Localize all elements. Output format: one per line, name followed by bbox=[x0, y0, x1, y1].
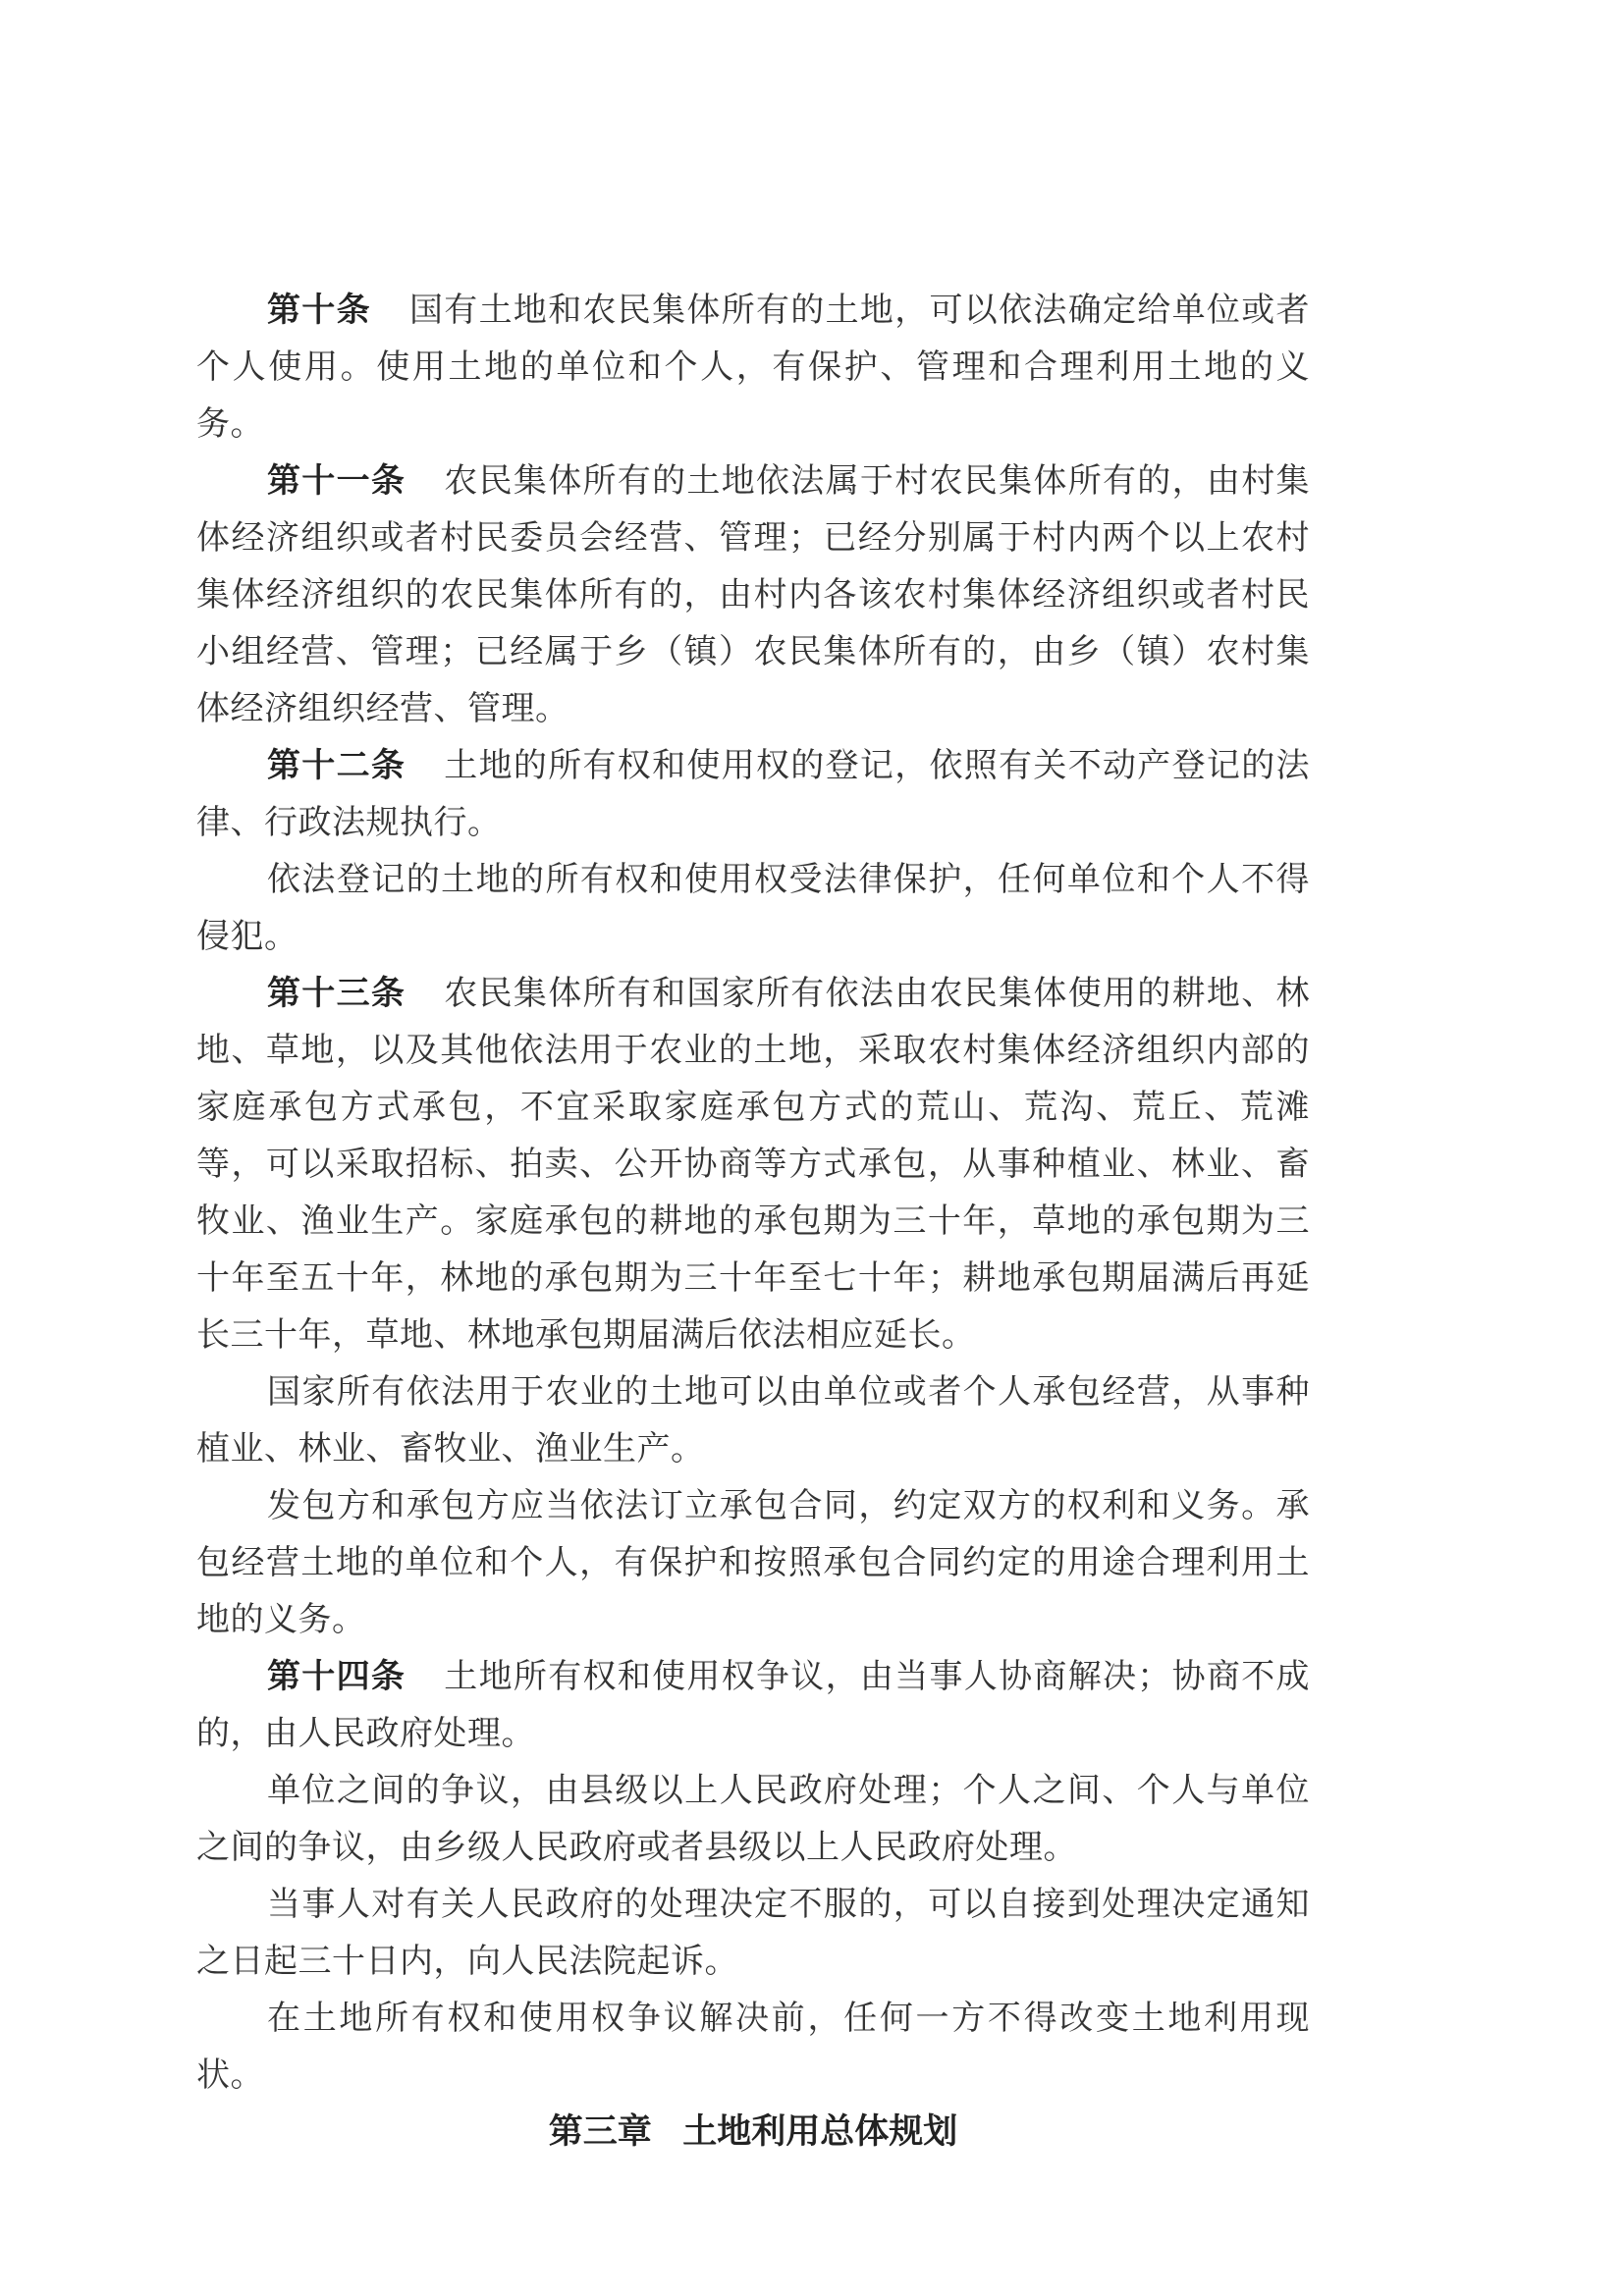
chapter-number: 第三章 bbox=[549, 2112, 652, 2152]
law-paragraph: 第十三条农民集体所有和国家所有依法由农民集体使用的耕地、林地、草地，以及其他依法… bbox=[196, 965, 1310, 1363]
paragraph-text: 当事人对有关人民政府的处理决定不服的，可以自接到处理决定通知之日起三十日内，向人… bbox=[196, 1885, 1310, 1981]
paragraph-text: 依法登记的土地的所有权和使用权受法律保护，任何单位和个人不得侵犯。 bbox=[196, 860, 1310, 956]
law-paragraph: 国家所有依法用于农业的土地可以由单位或者个人承包经营，从事种植业、林业、畜牧业、… bbox=[196, 1363, 1310, 1477]
law-paragraph: 第十二条土地的所有权和使用权的登记，依照有关不动产登记的法律、行政法规执行。 bbox=[196, 737, 1310, 851]
article-number: 第十条 bbox=[267, 291, 371, 330]
law-paragraph: 第十一条农民集体所有的土地依法属于村农民集体所有的，由村集体经济组织或者村民委员… bbox=[196, 453, 1310, 737]
article-number: 第十一条 bbox=[267, 461, 406, 501]
law-paragraph: 在土地所有权和使用权争议解决前，任何一方不得改变土地利用现状。 bbox=[196, 1990, 1310, 2104]
chapter-title: 土地利用总体规划 bbox=[682, 2112, 957, 2152]
paragraph-text: 农民集体所有的土地依法属于村农民集体所有的，由村集体经济组织或者村民委员会经营、… bbox=[196, 461, 1310, 728]
article-number: 第十四条 bbox=[267, 1657, 406, 1696]
law-paragraph: 发包方和承包方应当依法订立承包合同，约定双方的权利和义务。承包经营土地的单位和个… bbox=[196, 1477, 1310, 1648]
law-paragraph: 当事人对有关人民政府的处理决定不服的，可以自接到处理决定通知之日起三十日内，向人… bbox=[196, 1876, 1310, 1990]
paragraph-text: 单位之间的争议，由县级以上人民政府处理；个人之间、个人与单位之间的争议，由乡级人… bbox=[196, 1771, 1310, 1867]
law-paragraph: 第十条国有土地和农民集体所有的土地，可以依法确定给单位或者个人使用。使用土地的单… bbox=[196, 282, 1310, 453]
paragraph-text: 农民集体所有和国家所有依法由农民集体使用的耕地、林地、草地，以及其他依法用于农业… bbox=[196, 974, 1310, 1355]
document-body: 第十条国有土地和农民集体所有的土地，可以依法确定给单位或者个人使用。使用土地的单… bbox=[196, 282, 1310, 2161]
paragraph-text: 发包方和承包方应当依法订立承包合同，约定双方的权利和义务。承包经营土地的单位和个… bbox=[196, 1486, 1310, 1639]
article-number: 第十二条 bbox=[267, 746, 406, 785]
paragraph-text: 国家所有依法用于农业的土地可以由单位或者个人承包经营，从事种植业、林业、畜牧业、… bbox=[196, 1372, 1310, 1468]
law-paragraph: 单位之间的争议，由县级以上人民政府处理；个人之间、个人与单位之间的争议，由乡级人… bbox=[196, 1762, 1310, 1876]
article-number: 第十三条 bbox=[267, 974, 406, 1013]
document-page: 第十条国有土地和农民集体所有的土地，可以依法确定给单位或者个人使用。使用土地的单… bbox=[0, 0, 1624, 2296]
law-paragraph: 第十四条土地所有权和使用权争议，由当事人协商解决；协商不成的，由人民政府处理。 bbox=[196, 1648, 1310, 1762]
chapter-heading: 第三章土地利用总体规划 bbox=[196, 2104, 1310, 2161]
law-paragraph: 依法登记的土地的所有权和使用权受法律保护，任何单位和个人不得侵犯。 bbox=[196, 851, 1310, 965]
paragraph-text: 在土地所有权和使用权争议解决前，任何一方不得改变土地利用现状。 bbox=[196, 1999, 1310, 2095]
